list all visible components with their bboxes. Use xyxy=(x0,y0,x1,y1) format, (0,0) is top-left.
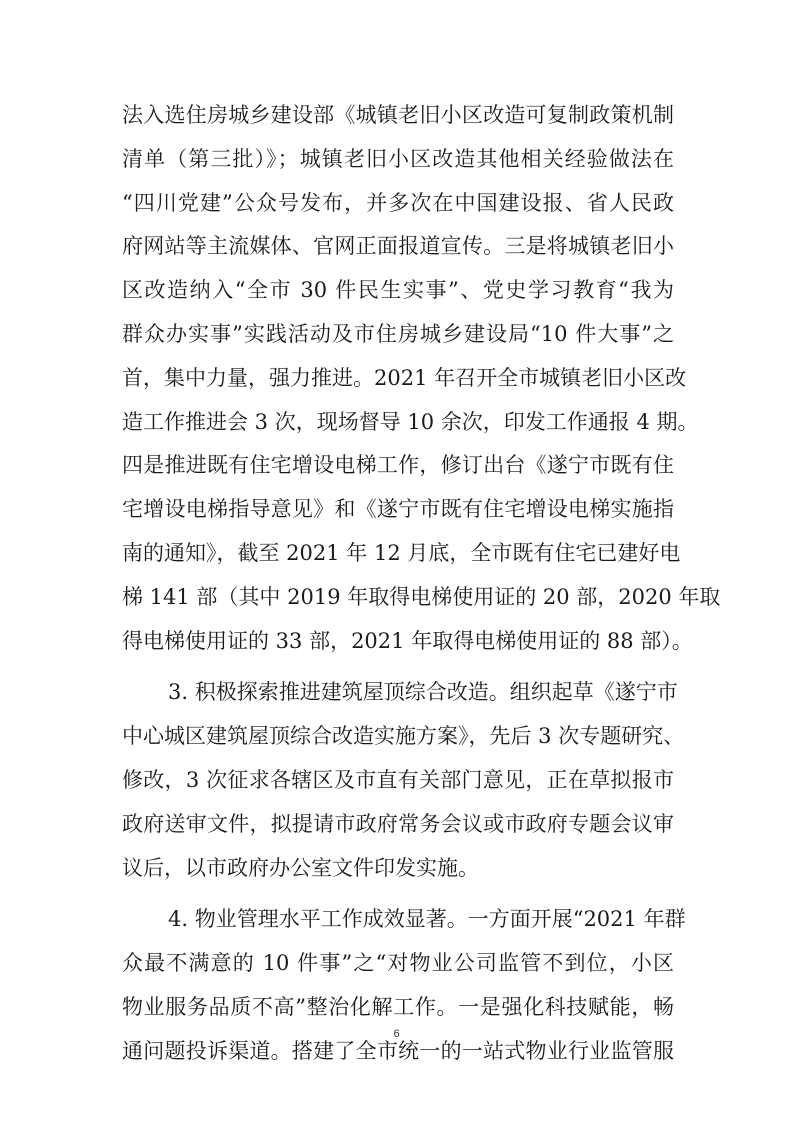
paragraph-continuation: 法入选住房城乡建设部《城镇老旧小区改造可复制政策机制 清单（第三批）》；城镇老旧… xyxy=(122,94,674,663)
paragraph-section-3: 3. 积极探索推进建筑屋顶综合改造。组织起草《遂宁市 中心城区建筑屋顶综合改造实… xyxy=(122,671,674,890)
text-line: 法入选住房城乡建设部《城镇老旧小区改造可复制政策机制 xyxy=(122,94,674,138)
text-line: 议后，以市政府办公室文件印发实施。 xyxy=(122,847,674,891)
text-line: 清单（第三批）》；城镇老旧小区改造其他相关经验做法在 xyxy=(122,138,674,182)
text-line: 修改，3 次征求各辖区及市直有关部门意见，正在草拟报市 xyxy=(122,759,674,803)
text-line: 政府送审文件，拟提请市政府常务会议或市政府专题会议审 xyxy=(122,803,674,847)
section-heading-line: 3. 积极探索推进建筑屋顶综合改造。组织起草《遂宁市 xyxy=(122,671,674,715)
document-page: 法入选住房城乡建设部《城镇老旧小区改造可复制政策机制 清单（第三批）》；城镇老旧… xyxy=(0,0,793,1122)
text-line: 府网站等主流媒体、官网正面报道宣传。三是将城镇老旧小 xyxy=(122,225,674,269)
text-line: 群众办实事”实践活动及市住房城乡建设局“10 件大事”之 xyxy=(122,313,674,357)
text-line: 区改造纳入“全市 30 件民生实事”、党史学习教育“我为 xyxy=(122,269,674,313)
paragraph-section-4: 4. 物业管理水平工作成效显著。一方面开展“2021 年群 众最不满意的 10 … xyxy=(122,898,674,1073)
text-line: 中心城区建筑屋顶综合改造实施方案》，先后 3 次专题研究、 xyxy=(122,715,674,759)
text-line: 宅增设电梯指导意见》和《遂宁市既有住宅增设电梯实施指 xyxy=(122,488,674,532)
text-line: 南的通知》，截至 2021 年 12 月底，全市既有住宅已建好电 xyxy=(122,532,674,576)
text-line: 得电梯使用证的 33 部，2021 年取得电梯使用证的 88 部）。 xyxy=(122,620,674,664)
document-body: 法入选住房城乡建设部《城镇老旧小区改造可复制政策机制 清单（第三批）》；城镇老旧… xyxy=(122,94,674,1074)
section-heading-line: 4. 物业管理水平工作成效显著。一方面开展“2021 年群 xyxy=(122,898,674,942)
text-line: 物业服务品质不高”整治化解工作。一是强化科技赋能，畅 xyxy=(122,986,674,1030)
paragraph-spacer xyxy=(122,663,674,671)
text-line: 造工作推进会 3 次，现场督导 10 余次，印发工作通报 4 期。 xyxy=(122,401,674,445)
text-line: 四是推进既有住宅增设电梯工作，修订出台《遂宁市既有住 xyxy=(122,444,674,488)
page-number: 6 xyxy=(0,1028,793,1040)
paragraph-spacer xyxy=(122,890,674,898)
text-line: 梯 141 部（其中 2019 年取得电梯使用证的 20 部，2020 年取 xyxy=(122,576,674,620)
text-line: 首，集中力量，强力推进。2021 年召开全市城镇老旧小区改 xyxy=(122,357,674,401)
text-line: 众最不满意的 10 件事”之“对物业公司监管不到位，小区 xyxy=(122,942,674,986)
text-line: “四川党建”公众号发布，并多次在中国建设报、省人民政 xyxy=(122,182,674,226)
